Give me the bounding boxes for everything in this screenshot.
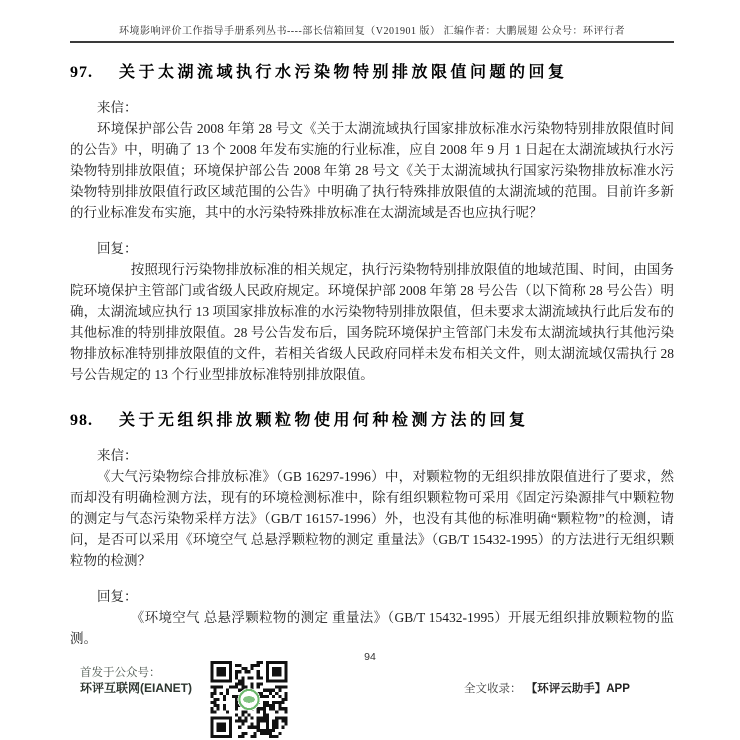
footer-publisher-line2: 环评互联网(EIANET) xyxy=(80,681,192,696)
section-97-number: 97. xyxy=(70,64,93,82)
section-98-number: 98. xyxy=(70,412,93,430)
section-98-letter-text: 《大气污染物综合排放标准》（GB 16297-1996）中，对颗粒物的无组织排放… xyxy=(70,466,674,571)
document-header: 环境影响评价工作指导手册系列丛书----部长信箱回复（V201901 版） 汇编… xyxy=(70,22,674,41)
section-97-letter-text: 环境保护部公告 2008 年第 28 号文《关于太湖流域执行国家排放标准水污染物… xyxy=(70,118,674,223)
section-97-letter-label: 来信： xyxy=(70,97,674,118)
section-98-letter-label: 来信： xyxy=(70,445,674,466)
section-97-reply-text: 按照现行污染物排放标准的相关规定，执行污染物特别排放限值的地域范围、时间，由国务… xyxy=(70,259,674,385)
footer-publisher: 首发于公众号： 环评互联网(EIANET) xyxy=(80,666,192,696)
section-97-heading: 97. 关于太湖流域执行水污染物特别排放限值问题的回复 xyxy=(70,59,674,82)
header-series-text: 环境影响评价工作指导手册系列丛书----部长信箱回复（V201901 版） 汇编… xyxy=(119,26,625,37)
document-page: 环境影响评价工作指导手册系列丛书----部长信箱回复（V201901 版） 汇编… xyxy=(0,0,740,740)
footer-app-label: 全文收录： xyxy=(464,683,522,695)
section-97-reply-label: 回复： xyxy=(70,238,674,259)
page-content: 环境影响评价工作指导手册系列丛书----部长信箱回复（V201901 版） 汇编… xyxy=(70,22,674,649)
page-number: 94 xyxy=(0,651,740,663)
footer-app-name: 【环评云助手】APP xyxy=(532,683,630,695)
section-98-heading: 98. 关于无组织排放颗粒物使用何种检测方法的回复 xyxy=(70,407,674,430)
header-rule-divider xyxy=(70,41,674,43)
qr-code-icon xyxy=(210,661,288,738)
section-97-title: 关于太湖流域执行水污染物特别排放限值问题的回复 xyxy=(119,59,568,82)
footer-publisher-line1: 首发于公众号： xyxy=(80,666,192,681)
section-98-reply-label: 回复： xyxy=(70,586,674,607)
section-98: 98. 关于无组织排放颗粒物使用何种检测方法的回复 来信： 《大气污染物综合排放… xyxy=(70,407,674,649)
section-98-title: 关于无组织排放颗粒物使用何种检测方法的回复 xyxy=(119,407,529,430)
footer-app: 全文收录：【环评云助手】APP xyxy=(464,680,630,696)
section-97: 97. 关于太湖流域执行水污染物特别排放限值问题的回复 来信： 环境保护部公告 … xyxy=(70,59,674,385)
section-98-reply-text: 《环境空气 总悬浮颗粒物的测定 重量法》（GB/T 15432-1995）开展无… xyxy=(70,607,674,649)
